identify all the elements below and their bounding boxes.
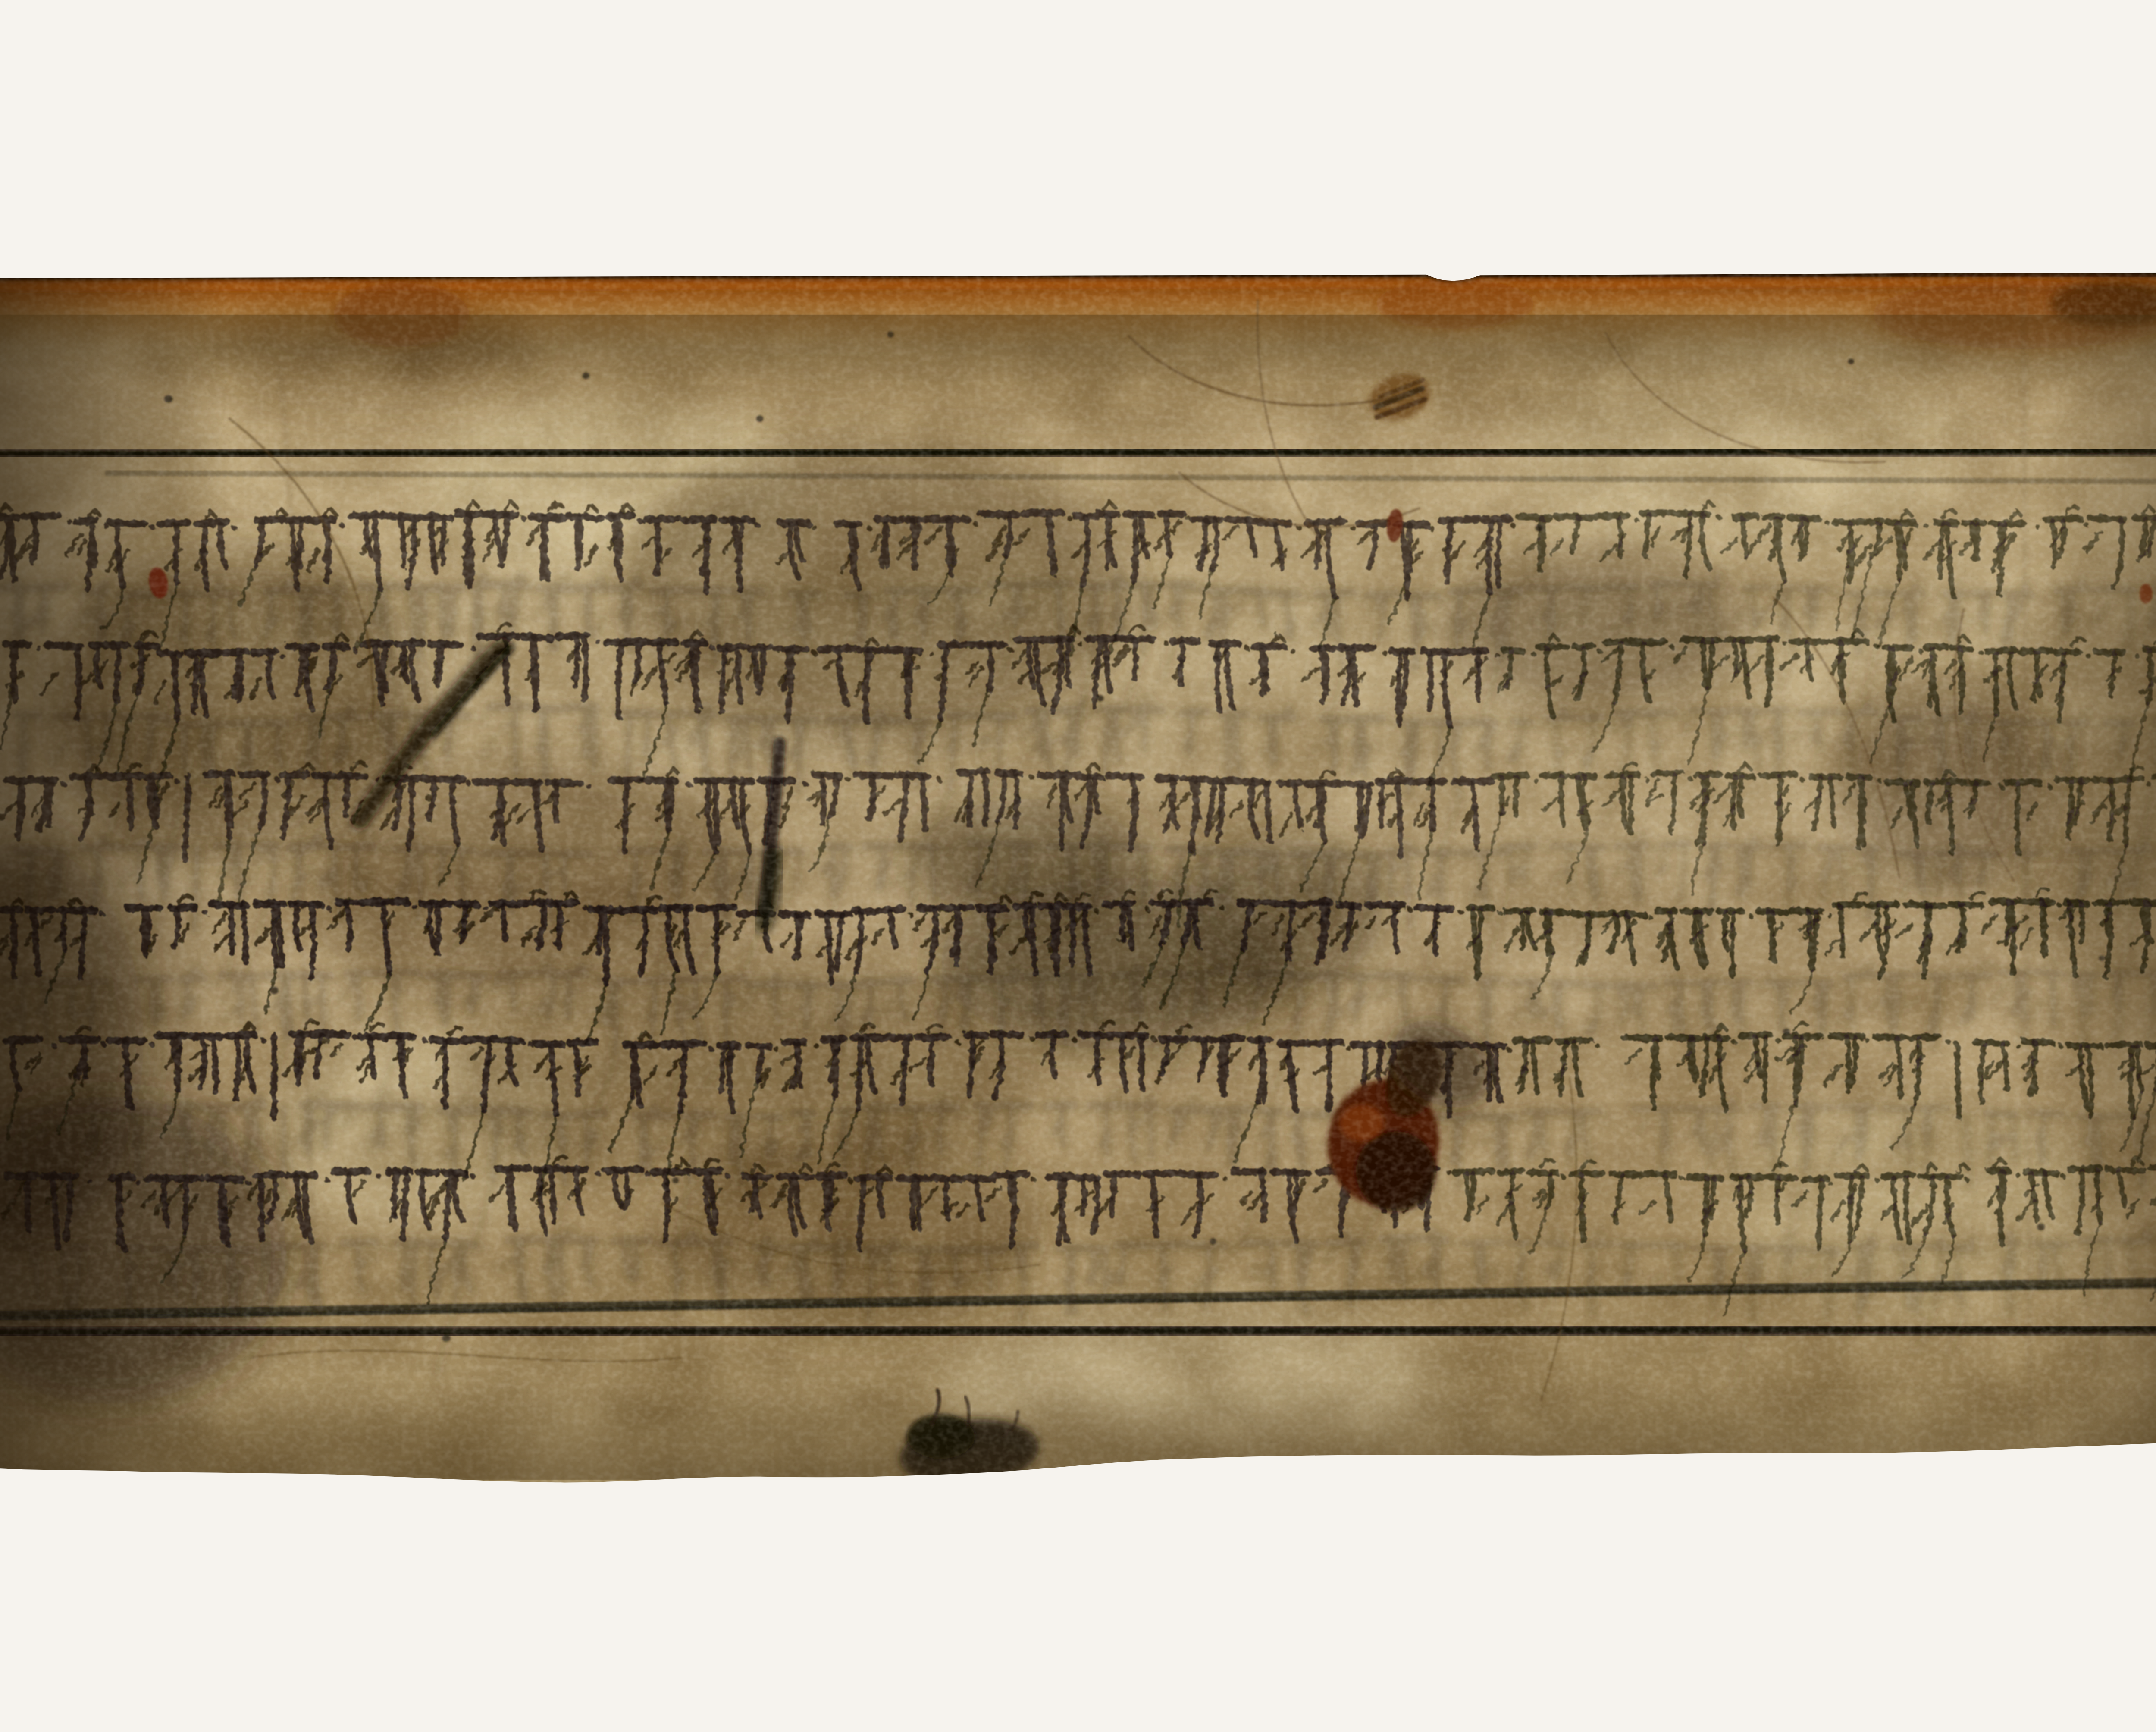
manuscript-photo (0, 0, 2156, 1732)
manuscript-leaf (0, 268, 2156, 1494)
vignette-right (2043, 273, 2156, 1484)
vignette-left (0, 273, 229, 1484)
vignette-top (0, 315, 2156, 383)
grain-speckle (0, 268, 2156, 1494)
photo-svg (0, 0, 2156, 1732)
